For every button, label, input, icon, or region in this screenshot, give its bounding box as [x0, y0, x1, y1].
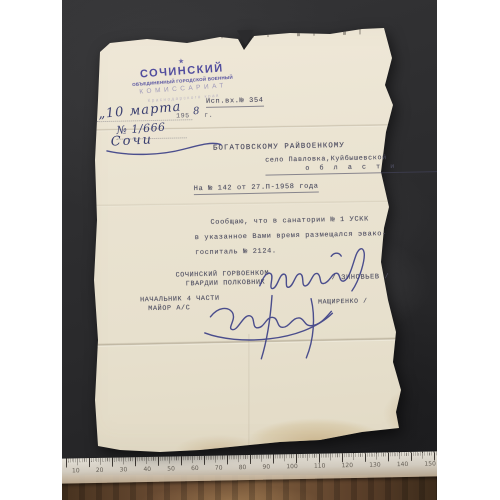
document-text-layer: ★ СОЧИНСКИЙ ОБЪЕДИНЕННЫЙ ГОРОДСКОЙ ВОЕНН… — [62, 0, 437, 500]
signature1-name: / ЗИНОВЬЕВ / — [332, 273, 390, 282]
signature-tail-1 — [260, 296, 273, 359]
reference-line: На № 142 от 27.П-1958 года — [194, 183, 319, 196]
signature-mashirenko — [210, 306, 331, 330]
signature1-title-line2: ГВАРДИИ ПОЛКОВНИК — [186, 279, 266, 289]
signature2-title-line2: МАЙОР А/С — [148, 304, 190, 313]
signature-zinoviev-flourish — [331, 253, 341, 256]
signature-tail-2 — [305, 299, 314, 358]
screenshot-page: 10 20 30 40 50 60 70 80 90 100 110 120 1… — [0, 0, 500, 500]
body-line-2: в указанное Вами время размещался эвако- — [195, 230, 387, 242]
handwritten-city: Сочи — [110, 132, 153, 149]
outgoing-number: Исп.вх.№ 354 — [206, 97, 264, 108]
document-photo: 10 20 30 40 50 60 70 80 90 100 110 120 1… — [62, 0, 437, 500]
signature2-name: МАЩИРЕНКО / — [318, 298, 368, 306]
body-line-1: Сообщаю, что в санатории № 1 УСКК — [210, 216, 369, 227]
handwritten-year-digit: 8 — [193, 106, 200, 118]
body-line-3: госпиталь № 2124. — [195, 247, 277, 257]
signature2-title-line1: НАЧАЛЬНИК 4 ЧАСТИ — [140, 295, 220, 305]
recipient-line-1: БОГАТОВСКОМУ РАЙВОЕНКОМУ — [213, 142, 345, 153]
signature-mashirenko-underline — [204, 313, 332, 341]
handwritten-date: „10 марта — [98, 100, 182, 122]
printed-year-suffix: г. — [204, 112, 213, 119]
